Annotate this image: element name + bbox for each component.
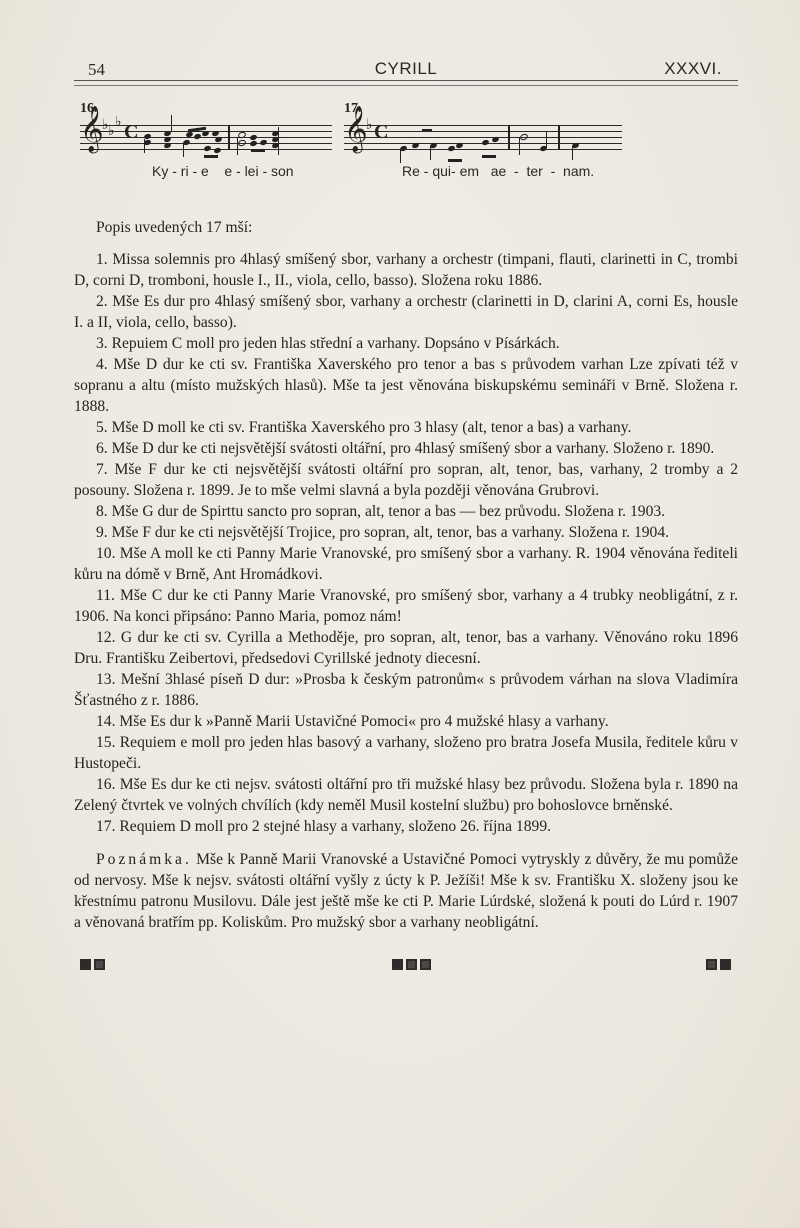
ornament-right-icon xyxy=(706,959,731,970)
list-item: 16. Mše Es dur ke cti nejsv. svátosti ol… xyxy=(74,774,738,816)
printer-ornaments xyxy=(74,959,738,979)
treble-clef-icon: 𝄞 xyxy=(80,109,104,149)
ornament-center-icon xyxy=(392,959,431,970)
running-header: 54 CYRILL XXXVI. xyxy=(74,58,738,80)
note-paragraph: Poznámka. Mše k Panně Marii Vranovské a … xyxy=(74,849,738,933)
list-item: 12. G dur ke cti sv. Cyrilla a Methoděje… xyxy=(74,627,738,669)
flat-icon: ♭ xyxy=(115,114,122,130)
running-title: CYRILL xyxy=(74,59,738,79)
list-item: 7. Mše F dur ke cti nejsvětější svátosti… xyxy=(74,459,738,501)
mass-list: 1. Missa solemnis pro 4hlasý smíšený sbo… xyxy=(74,249,738,837)
staff: 𝄞 ♭ ♭ ♭ C xyxy=(80,119,332,153)
volume-number: XXXVI. xyxy=(664,59,722,79)
list-item: 3. Repuiem C moll pro jeden hlas střední… xyxy=(74,333,738,354)
note-label: Poznámka. xyxy=(96,851,192,868)
article-body: Popis uvedených 17 mší: 1. Missa solemni… xyxy=(74,217,738,933)
list-item: 17. Requiem D moll pro 2 stejné hlasy a … xyxy=(74,816,738,837)
list-item: 14. Mše Es dur k »Panně Marii Ustavičné … xyxy=(74,711,738,732)
music-examples: 16. 𝄞 ♭ ♭ ♭ C xyxy=(74,101,738,213)
list-item: 9. Mše F dur ke cti nejsvětější Trojice,… xyxy=(74,522,738,543)
list-item: 1. Missa solemnis pro 4hlasý smíšený sbo… xyxy=(74,249,738,291)
treble-clef-icon: 𝄞 xyxy=(344,109,368,149)
list-item: 8. Mše G dur de Spirttu sancto pro sopra… xyxy=(74,501,738,522)
flat-icon: ♭ xyxy=(366,117,373,133)
flat-icon: ♭ xyxy=(108,123,115,139)
list-item: 2. Mše Es dur pro 4hlasý smíšený sbor, v… xyxy=(74,291,738,333)
list-item: 15. Requiem e moll pro jeden hlas basový… xyxy=(74,732,738,774)
list-item: 11. Mše C dur ke cti Panny Marie Vranovs… xyxy=(74,585,738,627)
lyrics-line: Ky - ri - e e - lei - son xyxy=(152,163,294,179)
book-page: 54 CYRILL XXXVI. 16. 𝄞 ♭ ♭ ♭ C xyxy=(74,58,738,979)
music-example-16: 16. 𝄞 ♭ ♭ ♭ C xyxy=(80,101,332,153)
list-item: 4. Mše D dur ke cti sv. Františka Xavers… xyxy=(74,354,738,417)
list-item: 5. Mše D moll ke cti sv. Františka Xaver… xyxy=(74,417,738,438)
music-example-17: 17. 𝄞 ♭ C R xyxy=(344,101,624,153)
lyrics-line: Re - qui- em ae - ter - nam. xyxy=(402,163,594,179)
ornament-left-icon xyxy=(80,959,105,970)
example-number: 17. xyxy=(344,101,624,117)
list-intro: Popis uvedených 17 mší: xyxy=(74,217,738,238)
header-double-rule xyxy=(74,80,738,86)
list-item: 6. Mše D dur ke cti nejsvětější svátosti… xyxy=(74,438,738,459)
list-item: 13. Mešní 3hlasé píseň D dur: »Prosba k … xyxy=(74,669,738,711)
list-item: 10. Mše A moll ke cti Panny Marie Vranov… xyxy=(74,543,738,585)
common-time-icon: C xyxy=(374,121,388,144)
staff: 𝄞 ♭ C xyxy=(344,119,622,153)
common-time-icon: C xyxy=(124,121,138,144)
